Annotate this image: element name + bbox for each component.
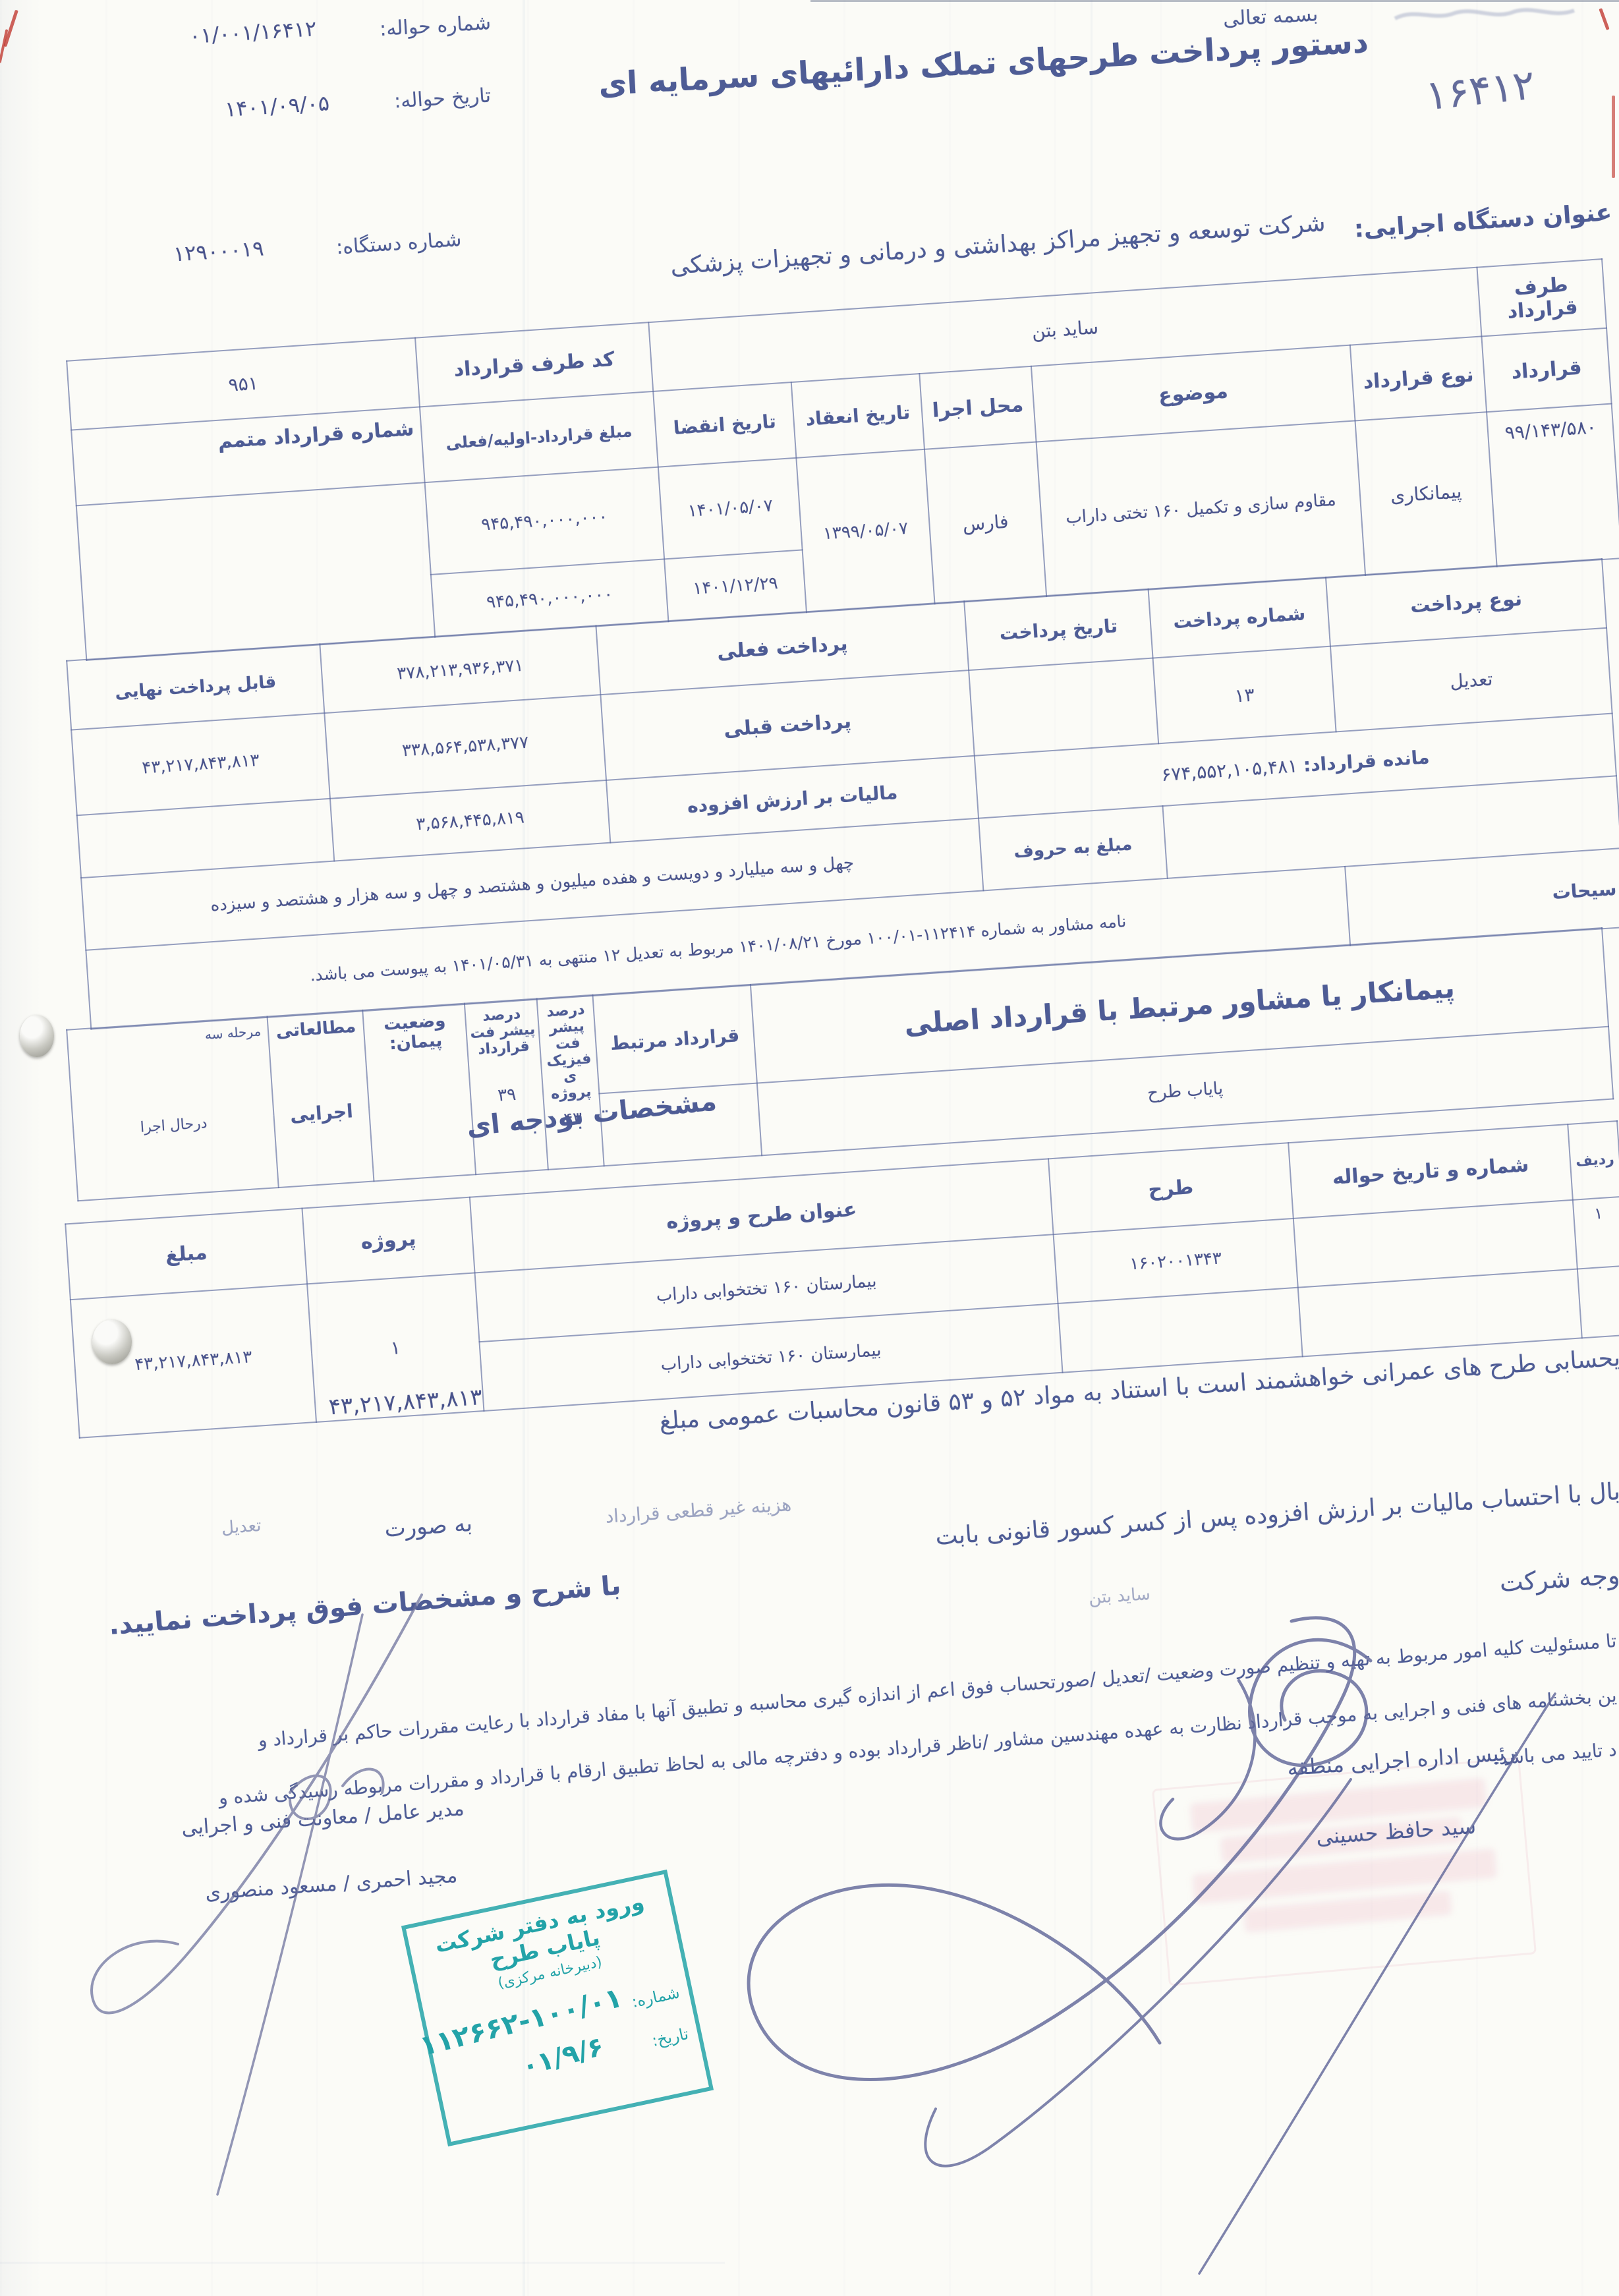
contract-location-label: محل اجرا [919, 366, 1036, 449]
handwritten-document-number: ۱۶۴۱۲ [1423, 60, 1537, 119]
contract-amount-value-1: ۹۴۵,۴۹۰,۰۰۰,۰۰۰ [425, 467, 664, 575]
agency-label: عنوان دستگاه اجرایی: [1353, 199, 1612, 243]
scanned-payment-order-document: بسمه تعالی ۱۶۴۱۲ دستور پرداخت طرحهای تمل… [0, 0, 1619, 2296]
remittance-number-value: ۰۱/۰۰۱/۱۶۴۱۲ [188, 16, 317, 49]
phase-cell: مرحله سه درحال اجرا [67, 1017, 279, 1201]
contract-number-value: ۹۹/۱۴۳/۵۸۰ [1487, 404, 1619, 567]
contract-type-value: پیمانکاری [1355, 412, 1497, 575]
physical-progress-cell: درصد پیشر فت فیزیک ی پروژه ۴۳ [537, 995, 604, 1170]
empty-cell [1577, 1266, 1619, 1338]
left-signature-flourish [53, 1575, 527, 2247]
contract-progress-value: ۳۹ [473, 1083, 540, 1107]
device-number-value: ۱۲۹۰۰۰۱۹ [172, 235, 264, 266]
phase-value: درحال اجرا [80, 1111, 268, 1140]
red-pen-mark-right-edge [1612, 96, 1615, 178]
red-pen-mark-right-corner [1599, 8, 1609, 30]
budget-row-label: ردیف [1568, 1121, 1619, 1200]
budget-amount-value: ۴۳,۲۱۷,۸۴۳,۸۱۳ [71, 1284, 316, 1437]
remittance-date-value: ۱۴۰۱/۰۹/۰۵ [224, 90, 330, 122]
status-label: وضعیت پیمان: [383, 1011, 446, 1054]
contract-row-label: قرارداد [1481, 328, 1611, 412]
empty-cell [76, 482, 435, 660]
contract-party-label: طرف قرارداد [1477, 259, 1606, 336]
device-number-label: شماره دستگاه: [335, 228, 462, 260]
status-cell: وضعیت پیمان: [362, 1004, 476, 1182]
contract-sign-date-label: تاریخ انعقاد [791, 374, 924, 458]
physical-progress-label: درصد پیشر فت فیزیک ی پروژه [540, 1001, 596, 1103]
contract-balance-value: ۶۷۴,۵۵۲,۱۰۵,۴۸۱ [1160, 755, 1298, 786]
document-title: دستور پرداخت طرحهای تملک دارائیهای سرمای… [598, 24, 1369, 103]
stamp-number-label: شماره: [630, 1983, 681, 2011]
contract-location-value: فارس [924, 442, 1046, 604]
contract-sign-date-value: ۱۳۹۹/۰۵/۰۷ [796, 449, 934, 612]
adjustment-note: تعدیل [221, 1516, 262, 1538]
contract-type-label: نوع قرارداد [1350, 336, 1487, 420]
faded-header-ghost-mark [1388, 1, 1579, 29]
non-final-expense-note: هزینه غیر قطعی قرارداد [605, 1493, 792, 1528]
agency-value: شرکت توسعه و تجهیز مراکز بهداشتی و درمان… [669, 210, 1326, 280]
payment-number-value: ۱۳ [1153, 646, 1336, 744]
status-value: اجرایی [277, 1099, 365, 1127]
study-label: مطالعاتی [272, 1016, 360, 1042]
final-payable-value: ۴۳,۲۱۷,۸۴۳,۸۱۳ [71, 713, 330, 815]
amount-in-words-label: مبلغ به حروف [979, 806, 1168, 890]
contract-subject-value: مقاوم سازی و تکمیل ۱۶۰ تختی داراب [1037, 420, 1366, 596]
red-pen-mark-left-2 [0, 29, 8, 63]
study-cell: مطالعاتی اجرایی [268, 1010, 374, 1188]
phase-label: مرحله سه [74, 1023, 262, 1051]
budget-project-label: پروژه [302, 1197, 474, 1284]
contract-balance-label: مانده قرارداد: [1303, 746, 1431, 776]
punch-hole-top [20, 1015, 54, 1057]
remittance-date-label: تاریخ حواله: [393, 84, 492, 113]
budget-row-value: ۱ [1573, 1197, 1619, 1269]
contract-progress-label: درصد پیشر فت قرارداد [468, 1005, 537, 1058]
right-signature-flourish [659, 1582, 1619, 2293]
remittance-number-label: شماره حواله: [379, 11, 492, 41]
paper-crease-horizontal [0, 2262, 725, 2264]
as-form-of-label: به صورت [383, 1510, 473, 1543]
payment-date-label: تاریخ پرداخت [964, 589, 1152, 670]
contract-expiry-value-2: ۱۴۰۱/۱۲/۲۹ [664, 550, 807, 621]
vat-deduction-line: بال با احتساب مالیات بر ارزش افزوده پس ا… [934, 1478, 1619, 1551]
empty-cell [969, 658, 1158, 756]
payment-number-label: شماره پرداخت [1149, 577, 1330, 658]
stamp-date-label: تاریخ: [650, 2024, 690, 2050]
related-contract-label: قرارداد مرتبط [592, 985, 756, 1094]
contract-expiry-value-1: ۱۴۰۱/۰۵/۰۷ [658, 458, 803, 560]
stamp-date-value: ۰۱/۹/۶ [519, 2031, 607, 2082]
contract-expiry-label: تاریخ انقضا [653, 382, 796, 467]
contract-progress-cell: درصد پیشر فت قرارداد ۳۹ [465, 998, 548, 1174]
